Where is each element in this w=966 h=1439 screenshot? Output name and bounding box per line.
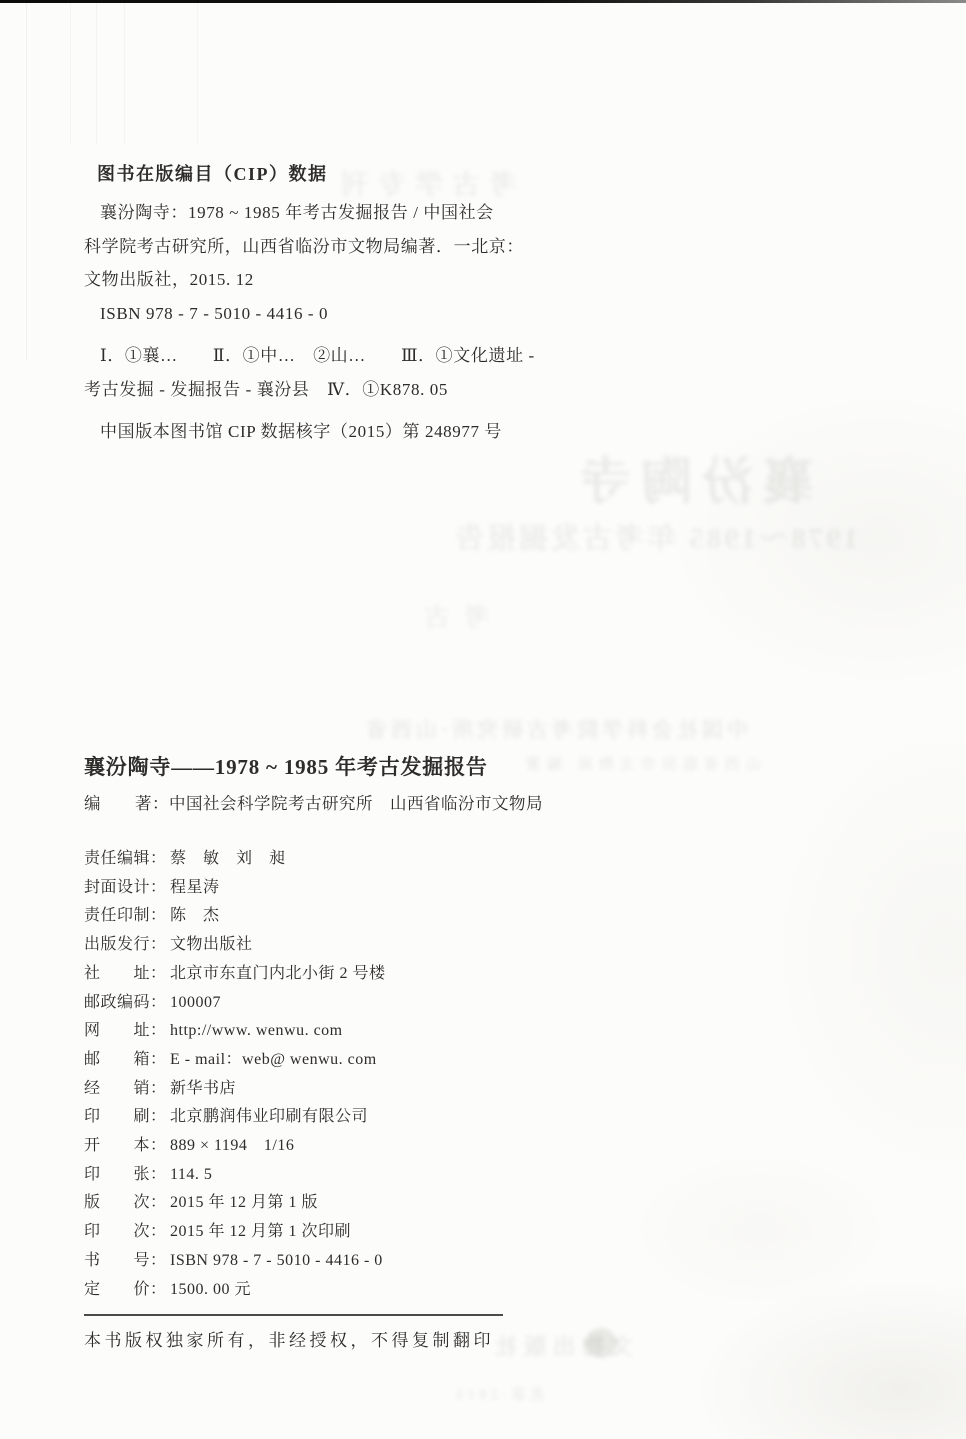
colophon-value: 北京市东直门内北小街 2 号楼 <box>170 965 386 982</box>
byline: 编 著：中国社会科学院考古研究所 山西省临汾市文物局 <box>84 790 784 814</box>
colophon-value: E - mail：web@ wenwu. com <box>170 1051 377 1068</box>
colophon-label: 责任印制： <box>84 902 170 931</box>
colophon-row: 经 销：新华书店 <box>84 1075 704 1104</box>
bleedthrough-city-year: 北京·2015 <box>452 1383 545 1404</box>
book-title: 襄汾陶寺——1978 ~ 1985 年考古发掘报告 <box>84 753 784 781</box>
colophon-row: 网 址：http://www. wenwu. com <box>84 1017 704 1046</box>
paper-crease <box>197 0 198 145</box>
colophon-label: 印 次： <box>84 1218 170 1247</box>
colophon-value: 889 × 1194 1/16 <box>170 1137 294 1154</box>
cip-registry-line: 中国版本图书馆 CIP 数据核字（2015）第 248977 号 <box>84 415 624 449</box>
colophon-value: 2015 年 12 月第 1 版 <box>170 1194 318 1211</box>
colophon-row: 邮政编码：100007 <box>84 989 704 1018</box>
copyright-notice: 本书版权独家所有，非经授权，不得复制翻印 <box>84 1326 494 1356</box>
paper-crease <box>124 0 125 145</box>
cip-classification-line: 考古发掘 - 发掘报告 - 襄汾县 Ⅳ．①K878. 05 <box>84 373 624 407</box>
colophon-value: 2015 年 12 月第 1 次印刷 <box>170 1223 351 1240</box>
title-block: 襄汾陶寺——1978 ~ 1985 年考古发掘报告 编 著：中国社会科学院考古研… <box>84 753 784 814</box>
colophon-row: 开 本：889 × 1194 1/16 <box>84 1132 704 1161</box>
colophon-value: 114. 5 <box>170 1166 212 1183</box>
colophon-row: 邮 箱：E - mail：web@ wenwu. com <box>84 1046 704 1075</box>
colophon-row: 责任印制：陈 杰 <box>84 902 704 931</box>
colophon-row: 出版发行：文物出版社 <box>84 931 704 960</box>
colophon-value: 新华书店 <box>170 1080 236 1097</box>
cip-description-line: 襄汾陶寺：1978 ~ 1985 年考古发掘报告 / 中国社会 <box>84 196 624 230</box>
colophon-label: 出版发行： <box>84 931 170 960</box>
colophon-row: 社 址：北京市东直门内北小街 2 号楼 <box>84 960 704 989</box>
colophon-row: 印 次：2015 年 12 月第 1 次印刷 <box>84 1218 704 1247</box>
colophon-label: 印 刷： <box>84 1103 170 1132</box>
colophon-label: 社 址： <box>84 960 170 989</box>
colophon-value: 陈 杰 <box>170 907 220 924</box>
colophon-label: 责任编辑： <box>84 845 170 874</box>
colophon-value: 1500. 00 元 <box>170 1281 251 1298</box>
colophon-list: 责任编辑：蔡 敏 刘 昶 封面设计：程星涛 责任印制：陈 杰 出版发行：文物出版… <box>84 845 704 1304</box>
colophon-label: 版 次： <box>84 1189 170 1218</box>
colophon-label: 邮 箱： <box>84 1046 170 1075</box>
colophon-value: http://www. wenwu. com <box>170 1022 343 1039</box>
cip-description-line: 科学院考古研究所，山西省临汾市文物局编著．一北京： <box>84 230 624 264</box>
bleedthrough-big-title: 襄汾陶寺 <box>570 440 814 514</box>
cip-heading: 图书在版编目（CIP）数据 <box>97 159 624 189</box>
paper-crease <box>26 0 27 360</box>
colophon-value: 蔡 敏 刘 昶 <box>170 850 286 867</box>
colophon-row: 责任编辑：蔡 敏 刘 昶 <box>84 845 704 874</box>
bleedthrough-subtitle: 1978～1985 年考古发掘报告 <box>452 516 858 557</box>
cip-isbn-line: ISBN 978 - 7 - 5010 - 4416 - 0 <box>84 297 624 331</box>
paper-crease <box>96 0 97 145</box>
colophon-label: 印 张： <box>84 1161 170 1190</box>
colophon-label: 封面设计： <box>84 874 170 903</box>
bleedthrough-publisher: 文物出版社 <box>488 1330 633 1361</box>
colophon-row: 书 号：ISBN 978 - 7 - 5010 - 4416 - 0 <box>84 1247 704 1276</box>
colophon-label: 书 号： <box>84 1247 170 1276</box>
colophon-row: 印 刷：北京鹏润伟业印刷有限公司 <box>84 1103 704 1132</box>
colophon-value: 北京鹏润伟业印刷有限公司 <box>170 1108 368 1125</box>
colophon-label: 开 本： <box>84 1132 170 1161</box>
colophon-row: 定 价：1500. 00 元 <box>84 1276 704 1305</box>
bleedthrough-publisher-logo <box>585 1328 617 1358</box>
colophon-value: 程星涛 <box>170 879 220 896</box>
colophon-row: 印 张：114. 5 <box>84 1161 704 1190</box>
colophon-row: 版 次：2015 年 12 月第 1 版 <box>84 1189 704 1218</box>
colophon-value: 文物出版社 <box>170 936 253 953</box>
bleedthrough-mid-marks: 考古 <box>410 597 490 634</box>
colophon-value: ISBN 978 - 7 - 5010 - 4416 - 0 <box>170 1252 383 1269</box>
colophon-label: 网 址： <box>84 1017 170 1046</box>
cip-description-line: 文物出版社，2015. 12 <box>84 263 624 297</box>
cip-classification-line: Ⅰ．①襄… Ⅱ．①中… ②山… Ⅲ．①文化遗址 - <box>84 339 624 373</box>
bleedthrough-authors: 中国社会科学院考古研究所·山西省 <box>362 714 748 744</box>
divider-rule <box>84 1314 503 1316</box>
colophon-label: 经 销： <box>84 1075 170 1104</box>
colophon-label: 定 价： <box>84 1276 170 1305</box>
scan-top-edge-line <box>0 0 966 3</box>
colophon-label: 邮政编码： <box>84 989 170 1018</box>
cip-block: 图书在版编目（CIP）数据 襄汾陶寺：1978 ~ 1985 年考古发掘报告 /… <box>84 159 624 449</box>
colophon-row: 封面设计：程星涛 <box>84 874 704 903</box>
colophon-value: 100007 <box>170 994 221 1011</box>
paper-crease <box>70 0 71 145</box>
